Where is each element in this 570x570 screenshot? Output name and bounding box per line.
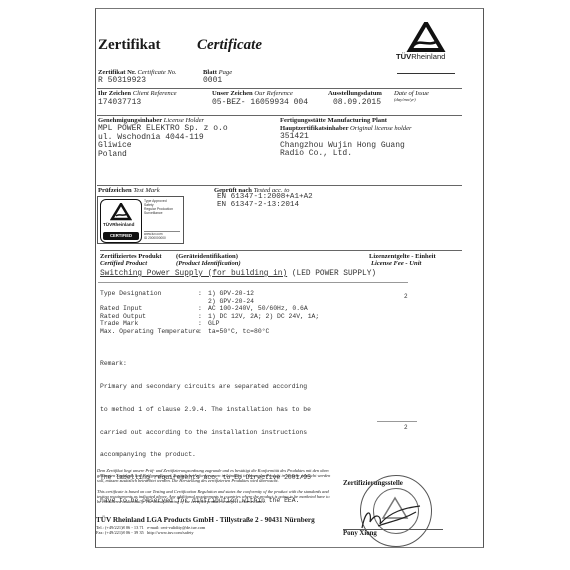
tuv-triangle-icon xyxy=(110,203,132,221)
spec-row: Type Designation:1) GPV-20-12 xyxy=(100,290,319,298)
badge-url: www.tuv.comID 2000000000 xyxy=(144,231,180,241)
issuer-contact: Tel.: (+49/221)8 06 - 13 71 e-mail: cert… xyxy=(96,525,205,535)
title-english: Certificate xyxy=(197,37,262,54)
standard-item: EN 61347-1:2008+A1+A2 xyxy=(217,193,313,201)
product-name-main: Switching Power Supply (for building in) xyxy=(100,270,287,278)
client-reference-value: 174037713 xyxy=(98,98,141,107)
issue-date-value: 08.09.2015 xyxy=(333,98,381,107)
certified-product-label-de: Zertifiziertes Produkt xyxy=(100,253,162,260)
certificate-no-label: Zertifikat Nr. Certificate No. xyxy=(98,69,177,76)
title-german: Zertifikat xyxy=(98,37,160,54)
issuer-fax: Fax: (+49/221)8 06 - 39 35 xyxy=(96,530,144,535)
legal-text-de: Dem Zertifikat liegt unsere Prüf- und Ze… xyxy=(97,468,332,484)
manufacturing-plant-address: 351421 Changzhou Wujin Hong Guang Radio … xyxy=(280,133,405,159)
license-fee-value: 2 xyxy=(404,293,408,300)
license-holder-line: Poland xyxy=(98,151,228,160)
our-reference-label: Unser Zeichen Our Reference xyxy=(212,90,293,97)
page-value: 0001 xyxy=(203,76,222,85)
license-holder-address: MPL POWER ELEKTRO Sp. z o.o ul. Wschodni… xyxy=(98,125,228,159)
license-fee-label-de: Lizenzentgelte - Einheit xyxy=(369,253,436,260)
product-name-suffix: (LED POWER SUPPLY) xyxy=(292,270,376,278)
license-fee-label-en: License Fee - Unit xyxy=(371,260,421,267)
legal-text-en: This certificate is based on our Testing… xyxy=(97,489,332,505)
remark-line: Primary and secondary circuits are separ… xyxy=(100,383,311,391)
product-name: Switching Power Supply (for building in)… xyxy=(100,270,376,278)
badge-certified: CERTIFIED xyxy=(103,232,139,240)
tuv-certified-mark: TÜVRheinland CERTIFIED xyxy=(100,199,142,243)
manufacturing-plant-label: Fertigungsstätte Manufacturing Plant xyxy=(280,117,387,124)
issue-date-label-en: Date of Issue xyxy=(394,90,429,97)
tuv-rheinland-logo: TÜVRheinland xyxy=(402,22,450,62)
our-reference-value: 05-BEZ- 16059934 004 xyxy=(212,98,308,107)
remark-line: to method 1 of clause 2.9.4. The install… xyxy=(100,406,311,414)
product-identification-label-de: (Geräteidentifikation) xyxy=(176,253,238,260)
issue-date-label-de: Ausstellungsdatum xyxy=(328,90,382,97)
remark-line: carried out according to the installatio… xyxy=(100,429,311,437)
logo-brand-rest: Rheinland xyxy=(411,52,445,61)
remark-line: accompanying the product. xyxy=(100,451,311,459)
test-mark-badge: TÜVRheinland CERTIFIED Type Approved Saf… xyxy=(97,196,184,244)
license-fee-value-total: 2 xyxy=(404,424,408,431)
spec-row: 2) GPV-20-24 xyxy=(100,298,319,306)
certified-product-label-en: Certified Product xyxy=(100,260,147,267)
badge-brand: TÜVRheinland xyxy=(103,222,134,227)
spec-row: Max. Operating Temperature:ta=50°C, tc=8… xyxy=(100,328,319,336)
product-specs: Type Designation:1) GPV-20-12 2) GPV-20-… xyxy=(100,290,319,336)
standard-item: EN 61347-2-13:2014 xyxy=(217,201,313,209)
tuv-rheinland-triangle-icon xyxy=(402,22,450,52)
issue-date-format: (day/mo/yr) xyxy=(394,97,416,102)
remark-label: Remark: xyxy=(100,360,311,368)
logo-brand-bold: TÜV xyxy=(396,52,411,61)
manufacturing-line: Radio Co., Ltd. xyxy=(280,150,405,159)
spec-row: Trade Mark:GLP xyxy=(100,320,319,328)
license-holder-label: Genehmigungsinhaber License Holder xyxy=(98,117,204,124)
spec-row: Rated Output:1) DC 12V, 2A; 2) DC 24V, 1… xyxy=(100,313,319,321)
signatory-name: Pony Xiong xyxy=(343,530,377,537)
certificate-no-value: R 50319923 xyxy=(98,76,146,85)
product-identification-label-en: (Product Identification) xyxy=(176,260,241,267)
badge-description: Type Approved Safety Regular Production … xyxy=(144,199,173,215)
tested-standards: EN 61347-1:2008+A1+A2 EN 61347-2-13:2014 xyxy=(217,193,313,209)
test-mark-label: Prüfzeichen Test Mark xyxy=(98,187,160,194)
issuer-web: http://www.tuv.com/safety xyxy=(147,530,194,535)
remark-block: Remark: Primary and secondary circuits a… xyxy=(100,345,311,512)
client-reference-label: Ihr Zeichen Client Reference xyxy=(98,90,177,97)
page-label: Blatt Page xyxy=(203,69,232,76)
spec-row: Rated Input: AC 100-240V, 50/60Hz, 0.6A xyxy=(100,305,319,313)
original-license-holder-label: Hauptzertifikatsinhaber Original license… xyxy=(280,125,412,132)
issuer-company: TÜV Rheinland LGA Products GmbH - Tillys… xyxy=(96,516,315,524)
